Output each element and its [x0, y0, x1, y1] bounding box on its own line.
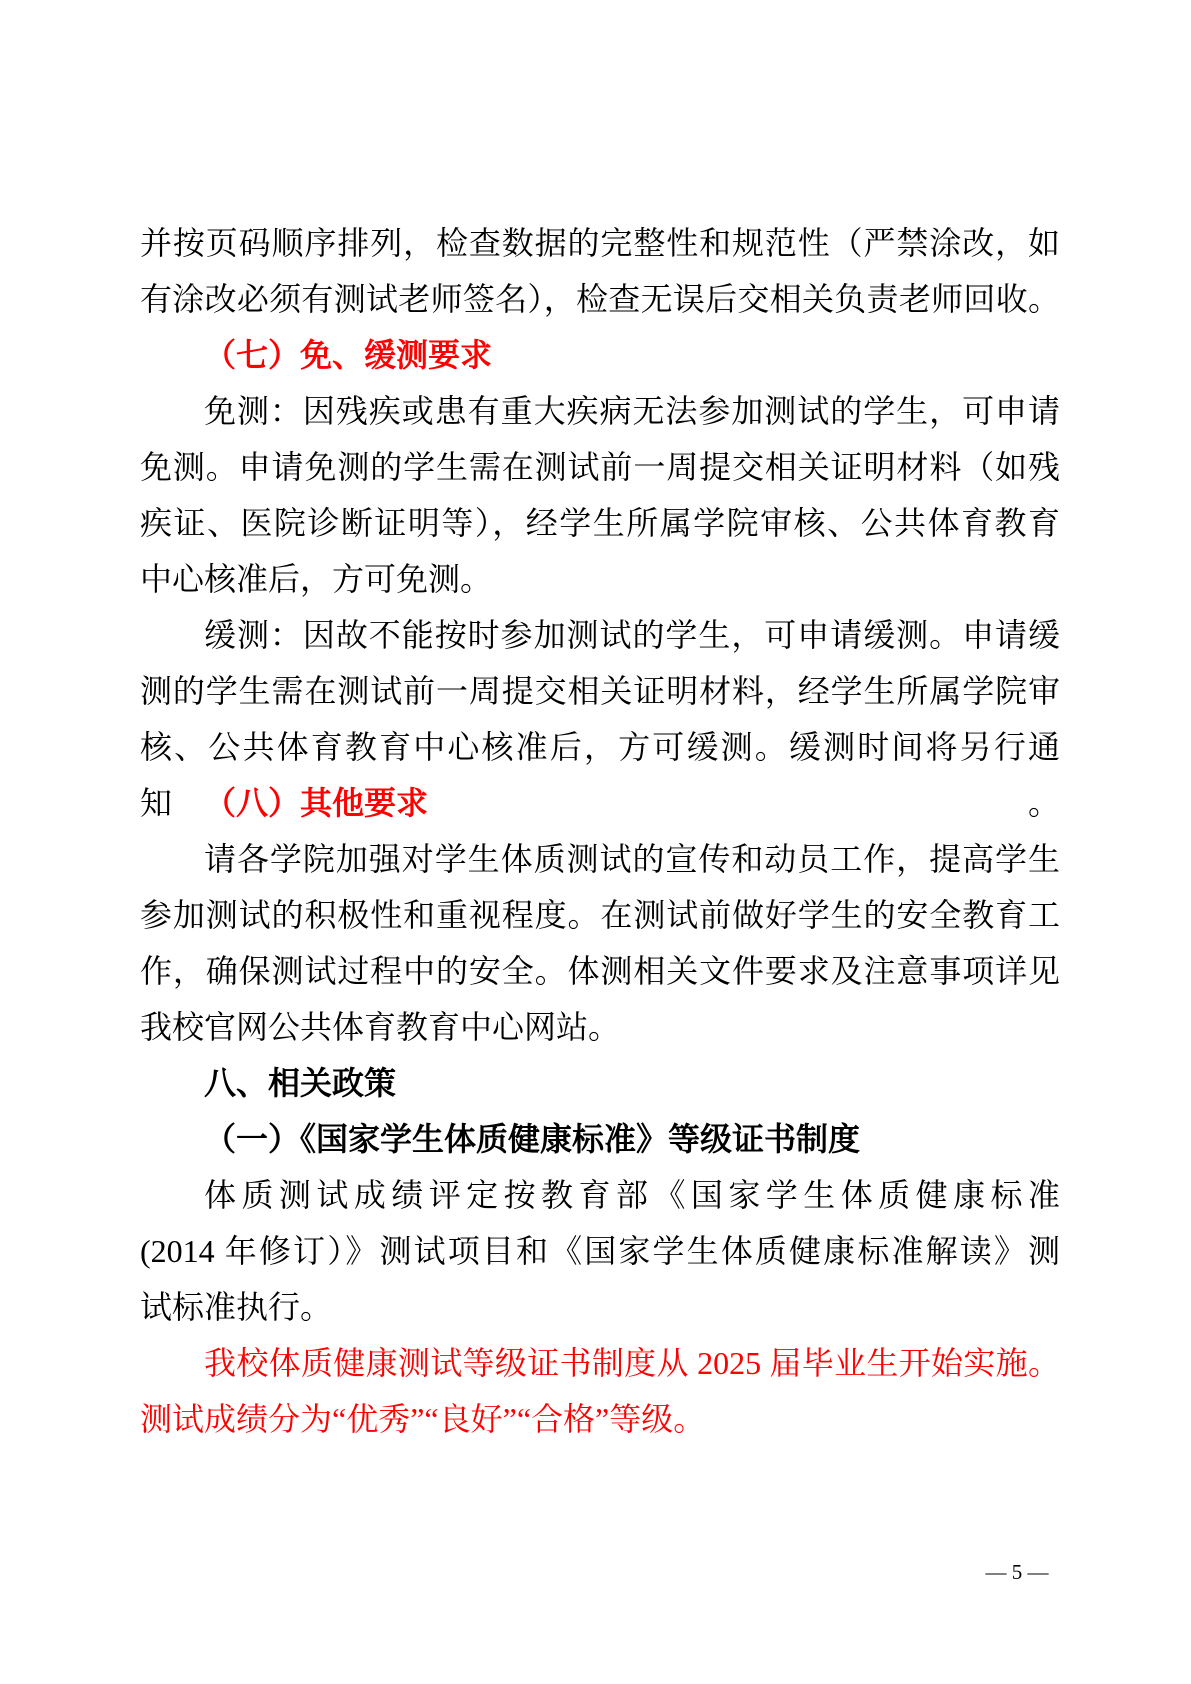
text-line: 免测。申请免测的学生需在测试前一周提交相关证明材料（如残: [140, 439, 1060, 495]
text-line: 疾证、医院诊断证明等），经学生所属学院审核、公共体育教育: [140, 495, 1060, 551]
text-line: 免测：因残疾或患有重大疾病无法参加测试的学生，可申请: [140, 383, 1060, 439]
text-line: 作，确保测试过程中的安全。体测相关文件要求及注意事项详见: [140, 943, 1060, 999]
text-line: 测的学生需在测试前一周提交相关证明材料，经学生所属学院审: [140, 663, 1060, 719]
text-line: 试标准执行。: [140, 1279, 1060, 1335]
text-line: （一）《国家学生体质健康标准》等级证书制度: [140, 1111, 1060, 1167]
text-line: 中心核准后，方可免测。: [140, 551, 1060, 607]
text-line: 参加测试的积极性和重视程度。在测试前做好学生的安全教育工: [140, 887, 1060, 943]
document-page: 并按页码顺序排列，检查数据的完整性和规范性（严禁涂改，如有涂改必须有测试老师签名…: [0, 0, 1191, 1684]
document-body: 并按页码顺序排列，检查数据的完整性和规范性（严禁涂改，如有涂改必须有测试老师签名…: [140, 215, 1060, 1447]
text-line: 体质测试成绩评定按教育部《国家学生体质健康标准: [140, 1167, 1060, 1223]
text-line: 并按页码顺序排列，检查数据的完整性和规范性（严禁涂改，如: [140, 215, 1060, 271]
text-line: (2014 年修订）》测试项目和《国家学生体质健康标准解读》测: [140, 1223, 1060, 1279]
text-line: 我校体质健康测试等级证书制度从 2025 届毕业生开始实施。: [140, 1335, 1060, 1391]
text-line: 请各学院加强对学生体质测试的宣传和动员工作，提高学生: [140, 831, 1060, 887]
text-line: 八、相关政策: [140, 1055, 1060, 1111]
page-number: — 5 —: [962, 1558, 1072, 1586]
text-line: 缓测：因故不能按时参加测试的学生，可申请缓测。申请缓: [140, 607, 1060, 663]
text-line: 测试成绩分为“优秀”“良好”“合格”等级。: [140, 1391, 1060, 1447]
text-line: 我校官网公共体育教育中心网站。: [140, 999, 1060, 1055]
text-line: （七）免、缓测要求: [140, 327, 1060, 383]
text-line: 有涂改必须有测试老师签名），检查无误后交相关负责老师回收。: [140, 271, 1060, 327]
text-line: 核、公共体育教育中心核准后，方可缓测。缓测时间将另行通知。: [140, 719, 1060, 775]
